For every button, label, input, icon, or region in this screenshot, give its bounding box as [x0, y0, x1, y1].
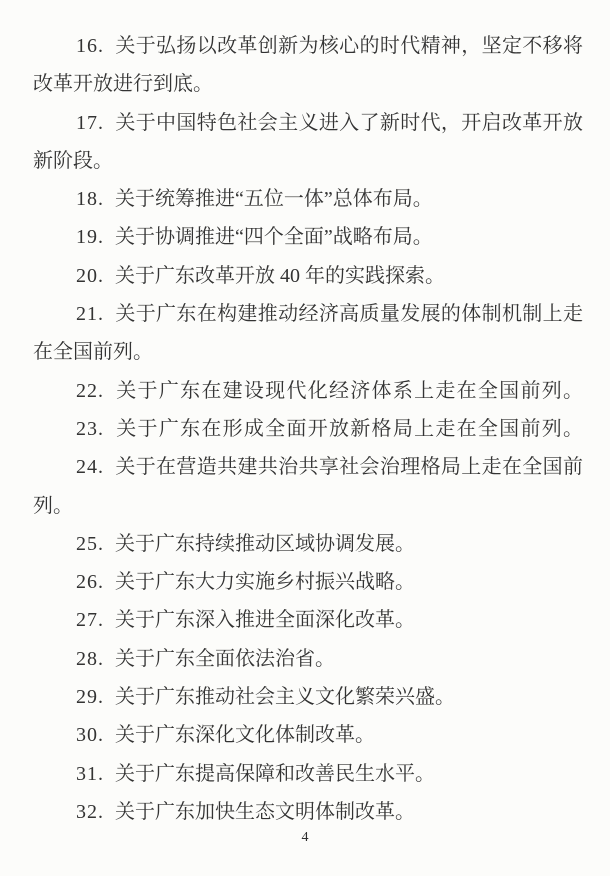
item-number: 18. [76, 180, 104, 218]
item-number: 31. [76, 755, 104, 793]
item-text: 关于广东在建设现代化经济体系上走在全国前列。 [115, 380, 583, 402]
list-item-27: 27.关于广东深入推进全面深化改革。 [33, 601, 583, 639]
item-number: 22. [76, 372, 104, 410]
item-number: 23. [76, 410, 104, 448]
item-number: 25. [76, 525, 104, 563]
list-item-31: 31.关于广东提高保障和改善民生水平。 [33, 755, 583, 793]
item-number: 19. [76, 218, 104, 256]
item-line: 17.关于中国特色社会主义进入了新时代，开启改革开放 [33, 104, 583, 142]
list-item-30: 30.关于广东深化文化体制改革。 [33, 716, 583, 754]
item-line: 30.关于广东深化文化体制改革。 [33, 716, 583, 754]
item-line: 20.关于广东改革开放 40 年的实践探索。 [33, 257, 583, 295]
item-line: 19.关于协调推进“四个全面”战略布局。 [33, 218, 583, 256]
document-page: 16.关于弘扬以改革创新为核心的时代精神，坚定不移将 改革开放进行到底。 17.… [0, 0, 610, 876]
item-line: 21.关于广东在构建推动经济高质量发展的体制机制上走 [33, 295, 583, 333]
item-number: 27. [76, 601, 104, 639]
item-text: 关于中国特色社会主义进入了新时代，开启改革开放 [115, 112, 583, 134]
list-item-16: 16.关于弘扬以改革创新为核心的时代精神，坚定不移将 改革开放进行到底。 [33, 27, 583, 104]
item-text: 关于统筹推进“五位一体”总体布局。 [115, 188, 433, 210]
list-item-17: 17.关于中国特色社会主义进入了新时代，开启改革开放 新阶段。 [33, 104, 583, 181]
item-text: 关于广东持续推动区域协调发展。 [115, 533, 415, 555]
item-number: 16. [76, 27, 104, 65]
item-text: 关于广东深化文化体制改革。 [115, 724, 375, 746]
item-line: 31.关于广东提高保障和改善民生水平。 [33, 755, 583, 793]
item-number: 26. [76, 563, 104, 601]
page-number: 4 [0, 829, 610, 846]
list-item-29: 29.关于广东推动社会主义文化繁荣兴盛。 [33, 678, 583, 716]
item-line: 24.关于在营造共建共治共享社会治理格局上走在全国前 [33, 448, 583, 486]
list-item-25: 25.关于广东持续推动区域协调发展。 [33, 525, 583, 563]
item-number: 28. [76, 640, 104, 678]
item-line: 22.关于广东在建设现代化经济体系上走在全国前列。 [33, 372, 583, 410]
item-line: 32.关于广东加快生态文明体制改革。 [33, 793, 583, 831]
item-line: 列。 [33, 487, 583, 525]
item-number: 30. [76, 716, 104, 754]
item-text: 关于广东提高保障和改善民生水平。 [115, 763, 435, 785]
list-item-22: 22.关于广东在建设现代化经济体系上走在全国前列。 [33, 372, 583, 410]
item-line: 23.关于广东在形成全面开放新格局上走在全国前列。 [33, 410, 583, 448]
item-text: 关于广东在构建推动经济高质量发展的体制机制上走 [115, 303, 583, 325]
item-text: 关于广东在形成全面开放新格局上走在全国前列。 [115, 418, 583, 440]
document-body: 16.关于弘扬以改革创新为核心的时代精神，坚定不移将 改革开放进行到底。 17.… [33, 27, 583, 831]
item-text: 关于广东加快生态文明体制改革。 [115, 801, 415, 823]
list-item-24: 24.关于在营造共建共治共享社会治理格局上走在全国前 列。 [33, 448, 583, 525]
item-line: 16.关于弘扬以改革创新为核心的时代精神，坚定不移将 [33, 27, 583, 65]
item-line: 27.关于广东深入推进全面深化改革。 [33, 601, 583, 639]
item-line: 18.关于统筹推进“五位一体”总体布局。 [33, 180, 583, 218]
item-line: 在全国前列。 [33, 333, 583, 371]
item-line: 25.关于广东持续推动区域协调发展。 [33, 525, 583, 563]
item-text: 关于广东改革开放 40 年的实践探索。 [115, 265, 445, 287]
list-item-32: 32.关于广东加快生态文明体制改革。 [33, 793, 583, 831]
item-line: 28.关于广东全面依法治省。 [33, 640, 583, 678]
item-line: 26.关于广东大力实施乡村振兴战略。 [33, 563, 583, 601]
list-item-19: 19.关于协调推进“四个全面”战略布局。 [33, 218, 583, 256]
item-text: 关于广东深入推进全面深化改革。 [115, 609, 415, 631]
list-item-23: 23.关于广东在形成全面开放新格局上走在全国前列。 [33, 410, 583, 448]
item-line: 新阶段。 [33, 142, 583, 180]
list-item-28: 28.关于广东全面依法治省。 [33, 640, 583, 678]
list-item-21: 21.关于广东在构建推动经济高质量发展的体制机制上走 在全国前列。 [33, 295, 583, 372]
item-text: 关于在营造共建共治共享社会治理格局上走在全国前 [115, 456, 583, 478]
item-number: 29. [76, 678, 104, 716]
list-item-20: 20.关于广东改革开放 40 年的实践探索。 [33, 257, 583, 295]
item-number: 24. [76, 448, 104, 486]
list-item-18: 18.关于统筹推进“五位一体”总体布局。 [33, 180, 583, 218]
item-text: 关于广东大力实施乡村振兴战略。 [115, 571, 415, 593]
item-line: 改革开放进行到底。 [33, 65, 583, 103]
item-number: 20. [76, 257, 104, 295]
item-line: 29.关于广东推动社会主义文化繁荣兴盛。 [33, 678, 583, 716]
item-text: 关于广东全面依法治省。 [115, 648, 335, 670]
item-text: 关于广东推动社会主义文化繁荣兴盛。 [115, 686, 455, 708]
item-number: 17. [76, 104, 104, 142]
item-text: 关于弘扬以改革创新为核心的时代精神，坚定不移将 [115, 35, 583, 57]
item-number: 32. [76, 793, 104, 831]
item-number: 21. [76, 295, 104, 333]
list-item-26: 26.关于广东大力实施乡村振兴战略。 [33, 563, 583, 601]
item-text: 关于协调推进“四个全面”战略布局。 [115, 226, 433, 248]
